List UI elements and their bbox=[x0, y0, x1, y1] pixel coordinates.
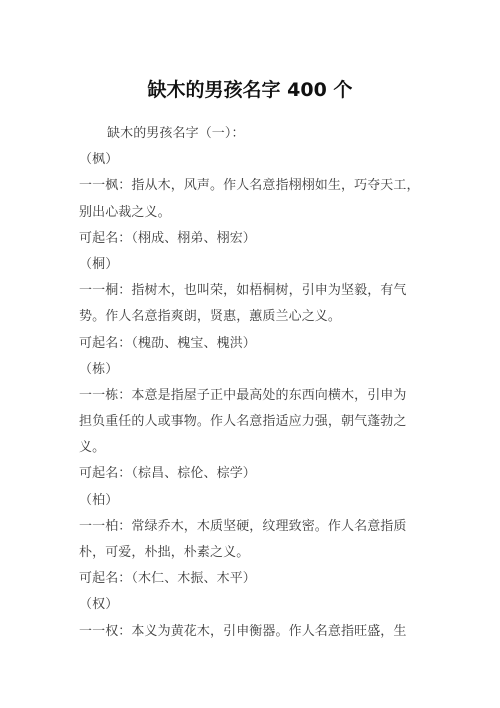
section-heading: 缺木的男孩名字（一）： bbox=[79, 121, 424, 147]
character-heading-feng: （枫） bbox=[79, 147, 424, 173]
character-heading-quan: （权） bbox=[79, 592, 424, 618]
description-line: 义。 bbox=[79, 435, 424, 461]
document-title: 缺木的男孩名字 400 个 bbox=[0, 77, 500, 103]
description-line: 朴，可爱，朴拙，朴素之义。 bbox=[79, 540, 424, 566]
description-line: 一一权：本义为黄花木，引申衡器。作人名意指旺盛，生 bbox=[79, 619, 424, 645]
name-suggestions: 可起名：（栩成、栩弟、栩宏） bbox=[79, 226, 424, 252]
name-suggestions: 可起名：（棕昌、棕伦、棕学） bbox=[79, 461, 424, 487]
name-suggestions: 可起名：（槐劭、槐宝、槐洪） bbox=[79, 331, 424, 357]
character-heading-tong: （桐） bbox=[79, 252, 424, 278]
character-heading-dong: （栋） bbox=[79, 357, 424, 383]
description-line: 势。作人名意指爽朗，贤惠，蕙质兰心之义。 bbox=[79, 304, 424, 330]
character-heading-bai: （柏） bbox=[79, 488, 424, 514]
name-suggestions: 可起名：（木仁、木振、木平） bbox=[79, 566, 424, 592]
description-line: 一一桐：指树木，也叫荣，如梧桐树，引申为坚毅，有气 bbox=[79, 278, 424, 304]
description-line: 别出心裁之义。 bbox=[79, 200, 424, 226]
description-line: 担负重任的人或事物。作人名意指适应力强，朝气蓬勃之 bbox=[79, 409, 424, 435]
document-page: 缺木的男孩名字 400 个 缺木的男孩名字（一）： （枫） 一一枫：指从木，风声… bbox=[0, 0, 500, 708]
document-body: 缺木的男孩名字（一）： （枫） 一一枫：指从木，风声。作人名意指栩栩如生，巧夺天… bbox=[79, 121, 424, 645]
description-line: 一一栋：本意是指屋子正中最高处的东西向横木，引申为 bbox=[79, 383, 424, 409]
description-line: 一一柏：常绿乔木，木质坚硬，纹理致密。作人名意指质 bbox=[79, 514, 424, 540]
description-line: 一一枫：指从木，风声。作人名意指栩栩如生，巧夺天工， bbox=[79, 173, 424, 199]
